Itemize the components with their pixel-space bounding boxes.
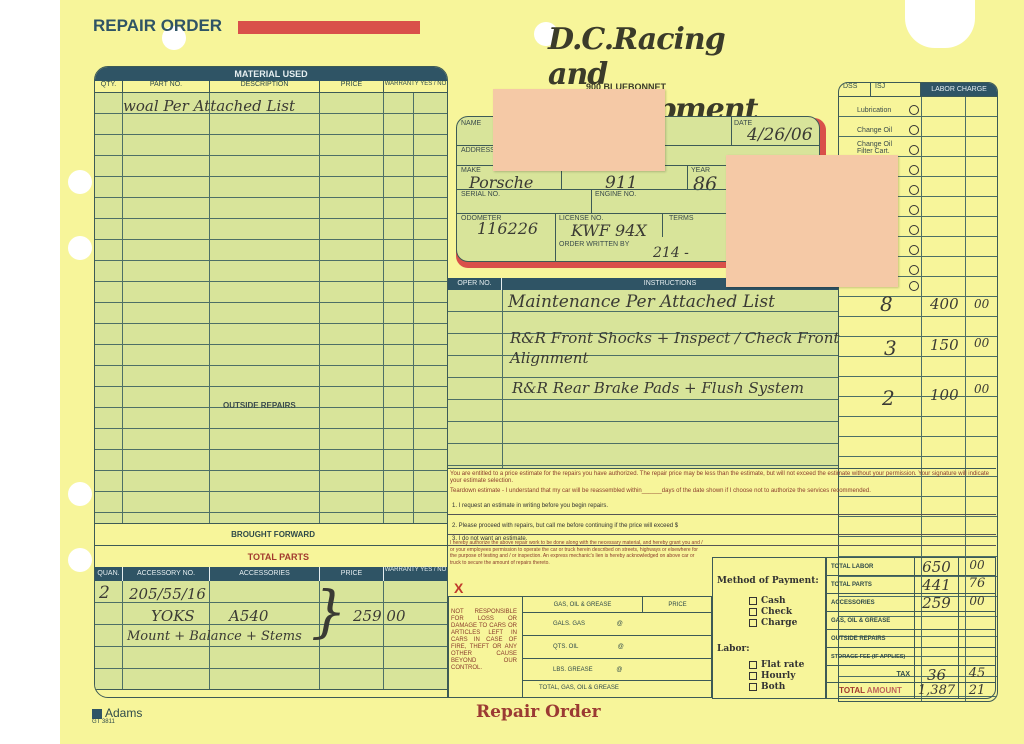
totals-section: TOTAL LABOR65000 TOTAL PARTS44176 ACCESS… xyxy=(826,557,996,699)
total-labor-label: TOTAL LABOR xyxy=(827,558,915,575)
gas-oil-total-label: TOTAL, GAS, OIL & GREASE xyxy=(539,685,619,691)
material-used-title: MATERIAL USED xyxy=(95,67,447,81)
total-amount-cents[interactable]: 21 xyxy=(959,683,995,699)
oper-no-label: OPER NO. xyxy=(448,278,502,290)
license-value[interactable]: KWF 94X xyxy=(571,221,647,240)
total-labor-row: TOTAL LABOR65000 xyxy=(827,558,995,576)
instruction-row-3-cents: 00 xyxy=(974,382,989,396)
labor-types: Flat rate Hourly Both xyxy=(749,660,804,693)
total-parts-summary-label: TOTAL PARTS xyxy=(827,576,915,593)
tax-dollars[interactable]: 36 xyxy=(915,666,959,682)
checklist-circle[interactable] xyxy=(909,281,919,291)
terms-label: TERMS xyxy=(669,215,694,222)
at-symbol: @ xyxy=(617,621,623,627)
checkbox-both[interactable] xyxy=(749,683,757,691)
material-row-text: woal Per Attached List xyxy=(123,97,295,115)
col-accessories: ACCESSORIES xyxy=(210,567,320,581)
col-quan: QUAN. xyxy=(95,567,123,581)
labor-charge-label: LABOR CHARGE xyxy=(921,83,997,96)
accessories-columns: QUAN. ACCESSORY NO. ACCESSORIES PRICE WA… xyxy=(95,567,447,581)
accessory-price: 259 00 xyxy=(353,607,406,625)
total-amount-label: TOTAL AMOUNT xyxy=(827,683,915,699)
charge-label: Charge xyxy=(761,618,797,628)
total-accessories-row: TOTAL ACCESSORIES xyxy=(95,689,447,698)
payment-cash[interactable]: Cash xyxy=(749,596,797,607)
labor-header: DSS ISJ LABOR CHARGE xyxy=(839,83,997,97)
outside-repairs-cents[interactable] xyxy=(959,630,995,647)
col-description: DESCRIPTION xyxy=(210,81,320,92)
col-price: PRICE xyxy=(320,81,384,92)
both-label: Both xyxy=(761,682,785,692)
checkbox-charge[interactable] xyxy=(749,619,757,627)
accessory-brand: YOKS xyxy=(151,607,195,625)
gas-oil-header: GAS, OIL & GREASE xyxy=(523,597,643,612)
estimate-option-1-text: 1. I request an estimate in writing befo… xyxy=(452,503,608,509)
col-warranty: WARRANTY YES / NO xyxy=(384,81,447,92)
checklist-item-change-oil: Change Oil xyxy=(857,127,892,134)
estimate-intro: You are entitled to a price estimate for… xyxy=(448,469,996,485)
gas-oil-summary-label: GAS, OIL & GREASE xyxy=(827,612,915,629)
accessories-total-row: ACCESSORIES25900 xyxy=(827,594,995,612)
checklist-circle[interactable] xyxy=(909,245,919,255)
flat-rate-label: Flat rate xyxy=(761,660,804,670)
labor-both[interactable]: Both xyxy=(749,682,804,693)
checklist-circle[interactable] xyxy=(909,165,919,175)
isj-label: ISJ xyxy=(871,83,921,96)
material-used-section: MATERIAL USED QTY. PART NO. DESCRIPTION … xyxy=(94,66,448,698)
at-symbol: @ xyxy=(616,667,622,673)
outside-repairs-summary-label: OUTSIDE REPAIRS xyxy=(827,630,915,647)
gas-label: GALS. GAS xyxy=(553,621,585,627)
instruction-row-2-cents: 00 xyxy=(974,336,989,350)
instruction-row-1-cents: 00 xyxy=(974,297,989,311)
tax-label: TAX xyxy=(827,666,915,682)
teardown-estimate: Teardown estimate - I understand that my… xyxy=(448,485,996,495)
order-number-bar xyxy=(238,21,420,34)
gas-oil-section: NOT RESPONSIBLE FOR LOSS OR DAMAGE TO CA… xyxy=(448,596,712,698)
checklist-item-oil-filter: Change Oil Filter Cart. xyxy=(857,141,901,155)
gas-oil-price-header: PRICE xyxy=(643,597,712,612)
accessory-note: Mount + Balance + Stems xyxy=(127,629,302,644)
footer-title: Repair Order xyxy=(476,702,601,722)
tax-cents[interactable]: 45 xyxy=(959,666,995,682)
model-value[interactable]: 911 xyxy=(605,173,637,193)
checkbox-cash[interactable] xyxy=(749,597,757,605)
brought-forward-row: BROUGHT FORWARD xyxy=(95,523,447,545)
accessories-cents[interactable]: 00 xyxy=(959,594,995,611)
checkbox-hourly[interactable] xyxy=(749,672,757,680)
total-amount-dollars[interactable]: 1,387 xyxy=(915,683,959,699)
company-logo: D.C.Racing and Development xyxy=(548,22,708,80)
instruction-row-1-hours: 8 xyxy=(880,292,893,316)
estimate-option-2-text: 2. Please proceed with repairs, but call… xyxy=(452,523,678,529)
outside-repairs-label: OUTSIDE REPAIRS xyxy=(223,401,296,410)
binder-hole xyxy=(68,482,92,506)
dss-label: DSS xyxy=(839,83,871,96)
checklist-circle[interactable] xyxy=(909,205,919,215)
gas-oil-table: GAS, OIL & GREASE PRICE GALS. GAS @ QTS.… xyxy=(522,597,712,697)
method-of-payment-label: Method of Payment: xyxy=(717,576,819,586)
binder-hole xyxy=(68,236,92,260)
form-number: GT 3811 xyxy=(92,719,115,725)
instruction-row-2-text: R&R Front Shocks + Inspect / Check Front… xyxy=(510,328,850,368)
total-parts-row-summary: TOTAL PARTS44176 xyxy=(827,576,995,594)
total-labor-dollars[interactable]: 650 xyxy=(915,558,959,575)
authorization-text: I hereby authorize the above repair work… xyxy=(450,540,706,566)
at-symbol: @ xyxy=(618,644,624,650)
date-value[interactable]: 4/26/06 xyxy=(747,125,813,145)
accessories-grid[interactable]: 2 205/55/16 YOKS A540 Mount + Balance + … xyxy=(95,581,447,689)
gas-oil-total-row: TOTAL, GAS, OIL & GREASE xyxy=(523,681,712,695)
labor-hourly[interactable]: Hourly xyxy=(749,671,804,682)
signature-mark[interactable]: X xyxy=(454,580,463,596)
year-value[interactable]: 86 xyxy=(693,173,717,195)
checklist-circle[interactable] xyxy=(909,125,919,135)
brought-forward-label: BROUGHT FORWARD xyxy=(231,530,315,539)
payment-charge[interactable]: Charge xyxy=(749,618,797,629)
grease-row[interactable]: LBS. GREASE @ xyxy=(523,659,712,681)
form-title: REPAIR ORDER xyxy=(93,16,222,36)
instruction-row-2-amount: 150 xyxy=(930,336,959,354)
gas-oil-total-summary-row: GAS, OIL & GREASE xyxy=(827,612,995,630)
material-used-grid[interactable]: woal Per Attached List OUTSIDE REPAIRS xyxy=(95,93,447,523)
written-by-label: ORDER WRITTEN BY xyxy=(559,241,629,248)
tax-row: TAX3645 xyxy=(827,666,995,683)
storage-fee-label: STORAGE FEE (IF APPLIES) xyxy=(827,648,915,665)
total-labor-cents[interactable]: 00 xyxy=(959,558,995,575)
total-parts-dollars[interactable]: 441 xyxy=(915,576,959,593)
payment-check[interactable]: Check xyxy=(749,607,797,618)
sticky-note-redaction xyxy=(726,155,898,287)
checklist-circle[interactable] xyxy=(909,225,919,235)
storage-fee-cents[interactable] xyxy=(959,648,995,665)
payment-methods: Cash Check Charge xyxy=(749,596,797,629)
storage-fee-dollars[interactable] xyxy=(915,648,959,665)
instruction-row-3-text: R&R Rear Brake Pads + Flush System xyxy=(512,378,812,398)
instruction-row-2-hours: 3 xyxy=(884,336,897,360)
total-word: TOTAL xyxy=(839,686,865,695)
col-acc-warranty: WARRANTY YES / NO xyxy=(384,567,447,581)
address-label: ADDRESS xyxy=(461,147,495,154)
total-parts-cents[interactable]: 76 xyxy=(959,576,995,593)
oil-row[interactable]: QTS. OIL @ xyxy=(523,636,712,659)
binder-hole xyxy=(68,548,92,572)
instruction-row-1-text: Maintenance Per Attached List xyxy=(508,292,775,312)
col-acc-price: PRICE xyxy=(320,567,384,581)
total-parts-label: TOTAL PARTS xyxy=(248,552,309,562)
written-by-value[interactable]: 214 - xyxy=(653,245,689,261)
total-accessories-label: TOTAL ACCESSORIES xyxy=(200,696,297,698)
accessory-number: 205/55/16 xyxy=(129,585,206,603)
adams-logo-icon xyxy=(92,709,102,719)
gas-row[interactable]: GALS. GAS @ xyxy=(523,613,712,636)
accessory-quantity: 2 xyxy=(99,583,110,603)
amount-word: AMOUNT xyxy=(867,686,902,695)
outside-repairs-dollars[interactable] xyxy=(915,630,959,647)
instruction-row-3-amount: 100 xyxy=(930,386,959,404)
publisher-logo: Adams xyxy=(92,706,142,720)
engine-label: ENGINE NO. xyxy=(595,191,636,198)
col-qty: QTY. xyxy=(95,81,123,92)
instruction-row-1-amount: 400 xyxy=(930,295,959,313)
accessories-total-label: ACCESSORIES xyxy=(827,594,915,611)
accessory-desc: A540 xyxy=(229,607,268,625)
checkbox-flat-rate[interactable] xyxy=(749,661,757,669)
total-amount-row: TOTAL AMOUNT1,38721 xyxy=(827,683,995,699)
checklist-circle[interactable] xyxy=(909,145,919,155)
name-label: NAME xyxy=(461,120,481,127)
labor-flat-rate[interactable]: Flat rate xyxy=(749,660,804,671)
col-accessory-no: ACCESSORY NO. xyxy=(123,567,210,581)
labor-label: Labor: xyxy=(717,644,750,654)
col-part-no: PART NO. xyxy=(123,81,210,92)
storage-fee-row: STORAGE FEE (IF APPLIES) xyxy=(827,648,995,666)
checkbox-check[interactable] xyxy=(749,608,757,616)
sticky-note-redaction xyxy=(493,89,665,171)
total-parts-row: TOTAL PARTS xyxy=(95,545,447,567)
hourly-label: Hourly xyxy=(761,671,795,681)
material-used-columns: QTY. PART NO. DESCRIPTION PRICE WARRANTY… xyxy=(95,81,447,93)
estimate-option-1[interactable]: 1. I request an estimate in writing befo… xyxy=(448,495,996,515)
grease-label: LBS. GREASE xyxy=(553,667,593,673)
gas-oil-cents[interactable] xyxy=(959,612,995,629)
outside-repairs-summary-row: OUTSIDE REPAIRS xyxy=(827,630,995,648)
brace-mark: } xyxy=(311,583,347,643)
instruction-row-3-hours: 2 xyxy=(882,386,895,410)
checklist-item-lubrication: Lubrication xyxy=(857,107,891,114)
cash-label: Cash xyxy=(761,596,786,606)
payment-section: Method of Payment: Cash Check Charge Lab… xyxy=(712,557,826,699)
serial-label: SERIAL NO. xyxy=(461,191,500,198)
accessories-dollars[interactable]: 259 xyxy=(915,594,959,611)
disclaimer-text: NOT RESPONSIBLE FOR LOSS OR DAMAGE TO CA… xyxy=(451,609,517,672)
check-label: Check xyxy=(761,607,792,617)
checklist-circle[interactable] xyxy=(909,105,919,115)
gas-oil-dollars[interactable] xyxy=(915,612,959,629)
odometer-value[interactable]: 116226 xyxy=(477,219,538,238)
torn-corner xyxy=(905,0,975,48)
oil-label: QTS. OIL xyxy=(553,644,578,650)
checklist-circle[interactable] xyxy=(909,185,919,195)
checklist-circle[interactable] xyxy=(909,265,919,275)
binder-hole xyxy=(68,170,92,194)
publisher-name: Adams xyxy=(105,706,142,720)
